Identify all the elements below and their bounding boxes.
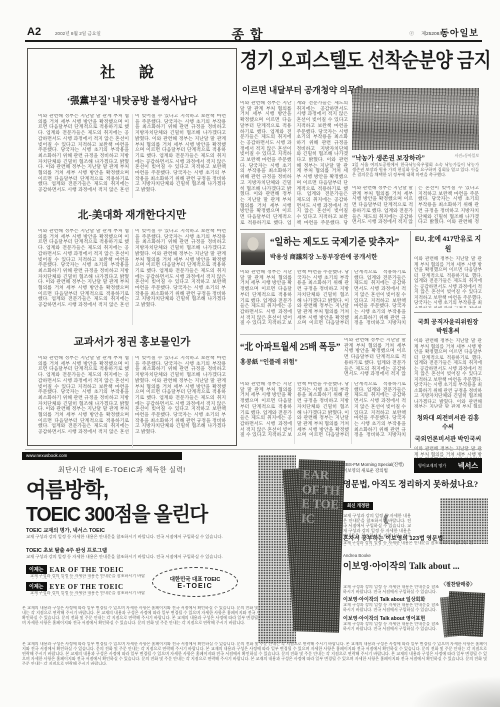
nexus-banner-tagline: 영어교재의 명가 [418, 463, 446, 469]
brief-assembly-body: 이와 관련해 정부는 지난달 말 관계 부처 협의를 거쳐 세부 시행 방안을 … [414, 338, 482, 408]
editorial-headline-3: 교과서가 정권 홍보물인가 [38, 334, 226, 349]
ad-left-badge-line-1: 대한민국 대표 TOEIC [170, 575, 221, 583]
ad-left-headline-2: TOEIC 300점을 올린다 [26, 498, 207, 527]
photo-credit: 사진=동아일보 [432, 154, 479, 159]
lead-deck: 이르면 내달부터 공개청약 의무화 [242, 84, 364, 96]
ad-left-bar-2-sub: 교재 구성과 강의 일정 등 자세한 내용은 안내문을 참조하시기 바랍니다. … [30, 591, 145, 596]
ad-left-bar-2-title: EYE OF THE TOEIC [50, 583, 124, 591]
ad-left-point-2: TOEIC 초보 탈출 4주 완성 프로그램 [26, 547, 241, 554]
ad-right-chip: 최신 개정판 [343, 502, 373, 510]
photo-caption-title: “낙농가 생존권 보장하라” [352, 153, 442, 162]
ad-right-item-1-sub: 교재 구성과 강의 일정 등 자세한 내용은 안내문을 참조하시기 바랍니다. … [343, 603, 439, 612]
ad-fine-print-band: 본 교재의 내용과 구성은 사정에 따라 일부 변경될 수 있으며 자세한 사항… [22, 642, 487, 665]
ad-left-point-1-body: 교재 구성과 강의 일정 등 자세한 내용은 안내문을 참조하시기 바랍니다. … [26, 534, 241, 544]
nexus-banner-brand: 넥서스 [458, 461, 478, 471]
brief-eu-title: EU, 北에 417만유로 지원 [414, 233, 482, 253]
ad-right-book-back [440, 595, 474, 638]
ad-left-bar-1-title: EAR OF THE TOEIC [50, 566, 124, 574]
article3-headline: “北 아파트월세 25배 폭등” [240, 339, 340, 353]
ad-left-topbar: www.nexusbook.com [22, 452, 182, 460]
header-rule [25, 40, 482, 42]
sound-waves-icon: ((( [383, 514, 387, 525]
brief-eu-body: 이와 관련해 정부는 지난달 말 관계 부처 협의를 거쳐 세부 시행 방안을 … [414, 256, 482, 308]
sidebar-briefs: EU, 北에 417만유로 지원 이와 관련해 정부는 지난달 말 관계 부처 … [414, 233, 482, 472]
ad-zone-divider [25, 449, 482, 450]
brief-divider [414, 312, 482, 313]
ad-right-kicker-3: Andrea Booke [343, 553, 371, 558]
ad-right-headline-2: 이보영·아이작의 Talk about ... [343, 559, 460, 572]
lead-body-continued: 이와 관련해 정부는 지난달 말 관계 부처 협의를 거쳐 세부 시행 방안을 … [352, 186, 479, 227]
article3-body: 이와 관련해 정부는 지난달 말 관계 부처 협의를 거쳐 세부 시행 방안을 … [240, 382, 406, 444]
ad-left-point-1: TOEIC 교재의 명가, 넥서스 TOEIC [26, 527, 241, 534]
article3-deck: 홍콩紙 “인플레 위험” [240, 357, 298, 366]
divider-article2-bottom [240, 334, 406, 335]
ad-left-bar-2: 이제는 EYE OF THE TOEIC [26, 582, 124, 591]
editorial-body-2: 이와 관련해 정부는 지난달 말 관계 부처 협의를 거쳐 세부 시행 방안을 … [38, 229, 226, 325]
ad-left-bar-1: 이제는 EAR OF THE TOEIC [26, 565, 124, 574]
ad-right-photo [440, 498, 488, 544]
brief-assembly-title: 국회 공직자윤리위원장 박원홍씨 [414, 317, 482, 335]
divider-lead-bottom [240, 229, 482, 230]
ad-left-fine-print: 본 교재의 내용과 구성은 사정에 따라 일부 변경될 수 있으며 자세한 사항… [22, 606, 272, 633]
ad-left-bar-2-chip: 이제는 [26, 582, 47, 591]
article2-body: 이와 관련해 정부는 지난달 말 관계 부처 협의를 거쳐 세부 시행 방안을 … [240, 270, 406, 330]
ad-right-listings: 교재 구성과 강의 일정 등 자세한 내용은 안내문을 참조하시기 바랍니다. … [343, 585, 439, 635]
ad-right-listing-intro: 교재 구성과 강의 일정 등 자세한 내용은 안내문을 참조하시기 바랍니다. … [343, 585, 439, 594]
masthead: 동아일보 [440, 26, 479, 39]
editorial-body-1: 이와 관련해 정부는 지난달 말 관계 부처 협의를 거쳐 세부 시행 방안을 … [38, 114, 226, 198]
divider-sidebar [410, 231, 411, 448]
editorial-box-title: 社 說 [38, 61, 226, 82]
article2-headline: “일하는 제도도 국제기준 맞추자” [270, 234, 399, 248]
ad-right-item-1: 이보영·아이작의 Talk about 일상회화 [343, 596, 439, 603]
ad-left-bar-1-sub: 교재 구성과 강의 일정 등 자세한 내용은 안내문을 참조하시기 바랍니다. … [30, 574, 145, 579]
ad-right-item-2-sub: 교재 구성과 강의 일정 등 자세한 내용은 안내문을 참조하시기 바랍니다. … [343, 622, 439, 631]
newspaper-page: A2 2002년 8월 2일 금요일 종합 ⓒ 제25208호 동아일보 社 說… [0, 0, 500, 707]
article2-deck: 박용성 商議회장 노동부장관에 공개서한 [270, 252, 377, 261]
ad-left-kicker: 최단시간 내에 E-TOEIC과 체득한 실력! [58, 464, 186, 474]
portrait-photo [241, 233, 265, 265]
lead-body: 이와 관련해 정부는 지난달 말 관계 부처 협의를 거쳐 세부 시행 방안을 … [240, 101, 348, 227]
ad-left-oval-badge: 대한민국 대표 TOEIC E-TOEIC [152, 567, 238, 597]
ad-right-bold-sub: 교재 구성과 강의 일정 등 자세한 내용은 안내문을 참조하시기 바랍니다. … [343, 541, 473, 546]
editorial-body-3: 이와 관련해 정부는 지난달 말 관계 부처 협의를 거쳐 세부 시행 방안을 … [38, 356, 226, 448]
ad-left-point-2-body: 교재 구성과 강의 일정 등 자세한 내용은 안내문을 참조하시기 바랍니다. … [26, 554, 241, 564]
article3-body-top: 이와 관련해 정부는 지난달 말 관계 부처 협의를 거쳐 세부 시행 방안을 … [344, 338, 406, 376]
ad-right-headline-1: 영문법, 아직도 정리하지 못하셨나요? [343, 477, 478, 490]
ad-right-item-2: 이보영·아이작의 Talk about 영어표현 [343, 615, 439, 622]
nexus-banner-ad: 영어교재의 명가 넥서스 [414, 458, 482, 473]
ad-left-badge-line-2: E-TOEIC [177, 583, 212, 590]
ad-right-kicker-2: 이보영의 새로운 강의법 [343, 468, 388, 474]
editorial-headline-1: ‘張黨부질’ 내탓공방 볼썽사납다 [38, 93, 226, 107]
ad-left-bar-1-chip: 이제는 [26, 565, 47, 574]
editorial-headline-2: 北-美대화 재개한다지만 [38, 207, 226, 222]
brief-press-title: 국외언론비서관 박인국씨 [414, 434, 482, 443]
photo-caption-body: 1일 서울 여의도공원에서 한국낙농육우협회 소속 낙농가들이 낙농가 생존권 … [352, 162, 479, 182]
copyright-icon: ⓒ [409, 31, 414, 37]
book-cover-front: EAR OF THE TOEIC [293, 459, 345, 633]
editorial-box: 社 說 ‘張黨부질’ 내탓공방 볼썽사납다 이와 관련해 정부는 지난달 말 관… [27, 48, 237, 446]
lead-headline: 경기 오피스텔도 선착순분양 금지 [240, 44, 465, 73]
scan-corner-shade [410, 676, 500, 707]
ad-right-badge: 〈절찬발매중〉 [441, 581, 475, 588]
news-photo-crowd [352, 88, 479, 150]
brief-bluehouse-title: 청와대 의전비서관 김흥수씨 [414, 413, 482, 431]
ad-left-points: TOEIC 교재의 명가, 넥서스 TOEIC 교재 구성과 강의 일정 등 자… [26, 527, 241, 564]
